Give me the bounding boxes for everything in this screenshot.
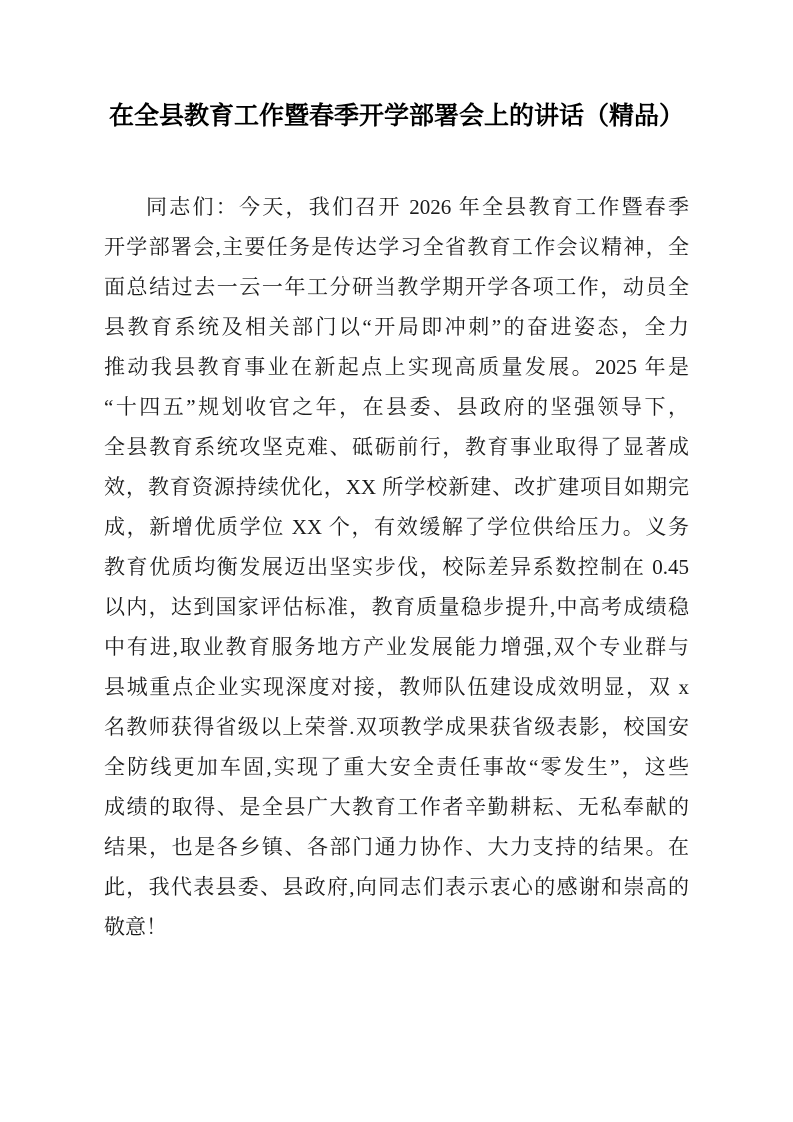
paragraph-line: 成，新增优质学位 XX 个，有效缓解了学位供给压力。义务	[104, 507, 689, 547]
paragraph-line: 县教育系统及相关部门以“开局即冲刺”的奋进姿态，全力	[104, 307, 689, 347]
paragraph-line: 效，教育资源持续优化，XX 所学校新建、改扩建项目如期完	[104, 467, 689, 507]
paragraph-line: 全防线更加车固,实现了重大安全责任事故“零发生”，这些	[104, 747, 689, 787]
paragraph-line: 面总结过去一云一年工分研当教学期开学各项工作，动员全	[104, 267, 689, 307]
paragraph-line: 中有进,取业教育服务地方产业发展能力增强,双个专业群与	[104, 627, 689, 667]
paragraph-line: 推动我县教育事业在新起点上实现高质量发展。2025 年是	[104, 347, 689, 387]
paragraph-line: 成绩的取得、是全县广大教育工作者辛勤耕耘、无私奉献的	[104, 787, 689, 827]
paragraph-line: 结果，也是各乡镇、各部门通力协作、大力支持的结果。在	[104, 827, 689, 867]
paragraph-line: 此，我代表县委、县政府,向同志们表示衷心的感谢和崇高的	[104, 867, 689, 907]
paragraph-line: 敬意！	[104, 907, 689, 947]
paragraph-line: 全县教育系统攻坚克难、砥砺前行，教育事业取得了显著成	[104, 427, 689, 467]
document-title: 在全县教育工作暨春季开学部署会上的讲话（精品）	[0, 0, 793, 135]
paragraph-line: 教育优质均衡发展迈出坚实步伐，校际差异系数控制在 0.45	[104, 547, 689, 587]
document-body: 同志们：今天，我们召开 2026 年全县教育工作暨春季开学部署会,主要任务是传达…	[104, 187, 689, 947]
paragraph-line: 开学部署会,主要任务是传达学习全省教育工作会议精神，全	[104, 227, 689, 267]
paragraph-line: 名教师获得省级以上荣誉.双项教学成果获省级表影，校国安	[104, 707, 689, 747]
paragraph-line: 县城重点企业实现深度对接，教师队伍建设成效明显，双 x	[104, 667, 689, 707]
document-page: 在全县教育工作暨春季开学部署会上的讲话（精品） 同志们：今天，我们召开 2026…	[0, 0, 793, 1122]
paragraph-line: “十四五”规划收官之年，在县委、县政府的坚强领导下，	[104, 387, 689, 427]
paragraph-line: 以内，达到国家评估标准，教育质量稳步提升,中高考成绩稳	[104, 587, 689, 627]
paragraph-line: 同志们：今天，我们召开 2026 年全县教育工作暨春季	[104, 187, 689, 227]
